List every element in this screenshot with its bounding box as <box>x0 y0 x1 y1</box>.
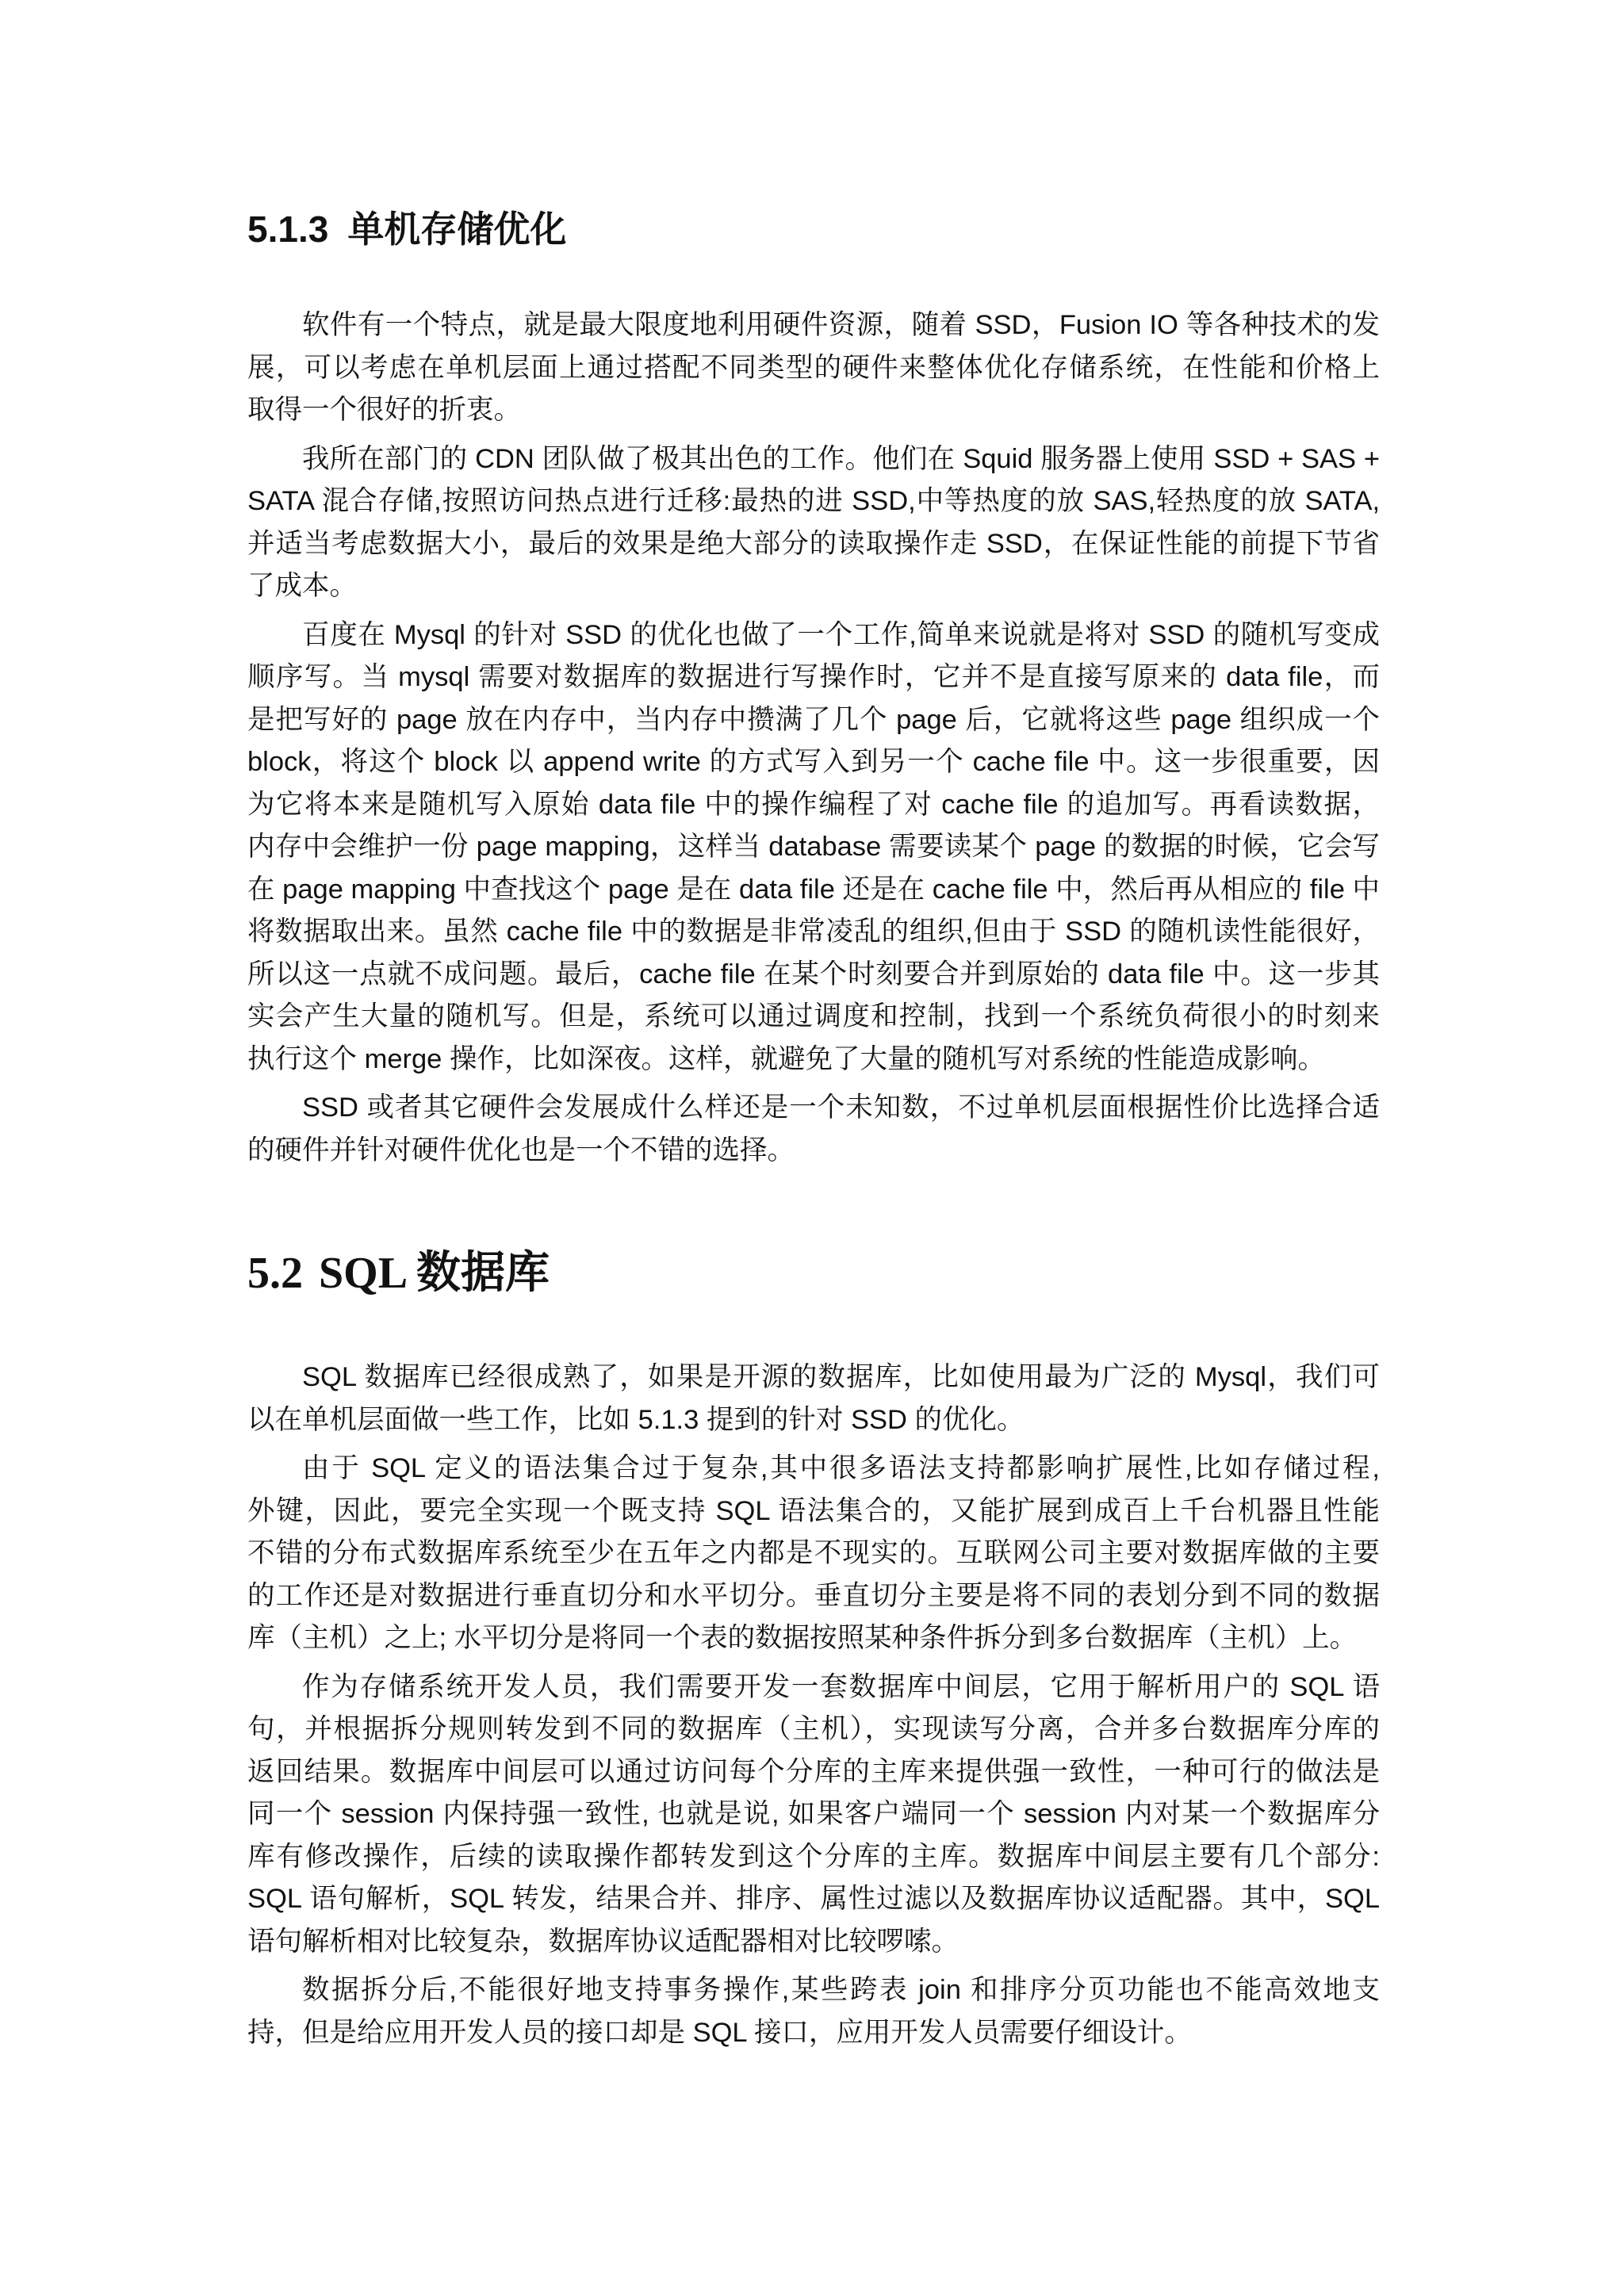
section-title: SQL 数据库 <box>319 1249 550 1298</box>
latin-text-run: ; <box>439 1623 454 1653</box>
section-number: 5.1.3 <box>247 209 328 250</box>
latin-text-run: SSD <box>1057 916 1129 947</box>
text-line: 语句解析相对比较复杂，数据库协议适配器相对比较啰嗦。 <box>247 1921 1380 1964</box>
paragraph: 作为存储系统开发人员，我们需要开发一套数据库中间层，它用于解析用户的 SQL 语… <box>247 1667 1380 1964</box>
text-line: 执行这个 merge 操作，比如深夜。这样，就避免了大量的随机写对系统的性能造成… <box>247 1039 1380 1081</box>
latin-text-run: SSD <box>967 310 1032 340</box>
latin-text-run: file <box>1302 874 1352 905</box>
latin-text-run: SATA, <box>1297 486 1380 516</box>
text-line: SQL 语句解析，SQL 转发，结果合并、排序、属性过滤以及数据库协议适配器。其… <box>247 1878 1380 1921</box>
latin-text-run: SQL <box>1325 1884 1380 1914</box>
latin-text-run: page mapping <box>469 832 650 862</box>
latin-text-run: , <box>909 620 917 650</box>
latin-text-run: SQL <box>302 1362 365 1392</box>
latin-text-run: SSD <box>557 620 630 650</box>
text-line: 我所在部门的 CDN 团队做了极其出色的工作。他们在 Squid 服务器上使用 … <box>247 438 1380 481</box>
text-line: SQL 数据库已经很成熟了，如果是开源的数据库，比如使用最为广泛的 Mysql，… <box>247 1357 1380 1399</box>
latin-text-run: SSD + SAS + <box>1206 444 1380 474</box>
section-heading-5-2: 5.2SQL 数据库 <box>247 1249 550 1299</box>
text-line: 取得一个很好的折衷。 <box>247 389 1380 432</box>
latin-text-run: CDN <box>467 444 542 474</box>
paragraph: 由于 SQL 定义的语法集合过于复杂,其中很多语法支持都影响扩展性,比如存储过程… <box>247 1448 1380 1660</box>
section-heading-5-1-3: 5.1.3单机存储优化 <box>247 209 566 250</box>
latin-text-run: cache file <box>925 874 1055 905</box>
latin-text-run: SSD <box>302 1093 367 1123</box>
latin-text-run: merge <box>357 1044 450 1074</box>
text-line: 由于 SQL 定义的语法集合过于复杂,其中很多语法支持都影响扩展性,比如存储过程… <box>247 1448 1380 1490</box>
text-line: 内存中会维护一份 page mapping，这样当 database 需要读某个… <box>247 826 1380 869</box>
text-line: 的工作还是对数据进行垂直切分和水平切分。垂直切分主要是将不同的表划分到不同的数据 <box>247 1575 1380 1618</box>
latin-text-run: SQL <box>362 1453 435 1483</box>
latin-text-run: SATA <box>247 486 322 516</box>
latin-text-run: Mysql <box>386 620 474 650</box>
latin-text-run: SQL <box>685 2018 754 2048</box>
text-line: 并适当考虑数据大小，最后的效果是绝大部分的读取操作走 SSD，在保证性能的前提下… <box>247 523 1380 566</box>
latin-text-run: mysql <box>389 662 478 692</box>
text-line: 了成本。 <box>247 565 1380 608</box>
latin-text-run: , <box>449 1975 457 2005</box>
text-line: 将数据取出来。虽然 cache file 中的数据是非常凌乱的组织,但由于 SS… <box>247 911 1380 954</box>
latin-text-run: : <box>723 486 731 516</box>
latin-text-run: Mysql <box>1186 1362 1266 1392</box>
latin-text-run: SSD <box>843 1405 914 1435</box>
latin-text-run: SSD, <box>844 486 916 516</box>
latin-text-run: page <box>388 705 465 735</box>
text-line: 库（主机）之上; 水平切分是将同一个表的数据按照某种条件拆分到多台数据库（主机）… <box>247 1617 1380 1660</box>
text-line: SSD 或者其它硬件会发展成什么样还是一个未知数，不过单机层面根据性价比选择合适 <box>247 1087 1380 1130</box>
text-line: 实会产生大量的随机写。但是，系统可以通过调度和控制，找到一个系统负荷很小的时刻来 <box>247 996 1380 1039</box>
paragraph: 我所在部门的 CDN 团队做了极其出色的工作。他们在 Squid 服务器上使用 … <box>247 438 1380 608</box>
text-line: 所以这一点就不成问题。最后，cache file 在某个时刻要合并到原始的 da… <box>247 954 1380 997</box>
latin-text-run: SQL <box>450 1884 511 1914</box>
section-5-1-3-body: 软件有一个特点，就是最大限度地利用硬件资源，随着 SSD，Fusion IO 等… <box>247 304 1380 1178</box>
text-line: 是把写好的 page 放在内存中，当内存中攒满了几个 page 后，它就将这些 … <box>247 699 1380 742</box>
paragraph: 软件有一个特点，就是最大限度地利用硬件资源，随着 SSD，Fusion IO 等… <box>247 304 1380 432</box>
text-line: 为它将本来是随机写入原始 data file 中的操作编程了对 cache fi… <box>247 784 1380 827</box>
latin-text-run: 5.1.3 <box>630 1405 707 1435</box>
text-line: 顺序写。当 mysql 需要对数据库的数据进行写操作时，它并不是直接写原来的 d… <box>247 656 1380 699</box>
text-line: 展，可以考虑在单机层面上通过搭配不同类型的硬件来整体优化存储系统，在性能和价格上 <box>247 347 1380 390</box>
latin-text-run: SSD <box>978 529 1042 559</box>
latin-text-run: page mapping <box>275 874 464 905</box>
latin-text-run: , <box>1372 1453 1380 1483</box>
latin-text-run: SAS, <box>1085 486 1155 516</box>
latin-text-run: , <box>760 1453 768 1483</box>
latin-text-run: page <box>1027 832 1104 862</box>
latin-text-run: cache file <box>964 747 1098 777</box>
latin-text-run: block <box>426 747 507 777</box>
latin-text-run: cache file <box>498 916 630 947</box>
latin-text-run: block <box>247 747 312 777</box>
text-line: 句，并根据拆分规则转发到不同的数据库（主机），实现读写分离，合并多台数据库分库的 <box>247 1709 1380 1751</box>
text-line: block，将这个 block 以 append write 的方式写入到另一个… <box>247 741 1380 784</box>
paragraph: SQL 数据库已经很成熟了，如果是开源的数据库，比如使用最为广泛的 Mysql，… <box>247 1357 1380 1441</box>
latin-text-run: page <box>1162 705 1240 735</box>
text-line: SATA 混合存储,按照访问热点进行迁移:最热的进 SSD,中等热度的放 SAS… <box>247 480 1380 523</box>
text-line: 库有修改操作，后续的读取操作都转发到这个分库的主库。数据库中间层主要有几个部分: <box>247 1836 1380 1879</box>
latin-text-run: SQL <box>1281 1672 1353 1702</box>
latin-text-run: SSD <box>1140 620 1213 650</box>
latin-text-run: data file <box>1217 662 1323 692</box>
latin-text-run: , <box>1185 1453 1193 1483</box>
document-page: 5.1.3单机存储优化 软件有一个特点，就是最大限度地利用硬件资源，随着 SSD… <box>0 0 1624 2296</box>
latin-text-run: SQL <box>247 1884 309 1914</box>
latin-text-run: SQL <box>707 1496 778 1526</box>
latin-text-run: session <box>1015 1799 1125 1829</box>
latin-text-run: page <box>888 705 966 735</box>
latin-text-run: , <box>782 1975 790 2005</box>
latin-text-run: data file <box>731 874 842 905</box>
latin-text-run: Squid <box>955 444 1040 474</box>
text-line: 以在单机层面做一些工作，比如 5.1.3 提到的针对 SSD 的优化。 <box>247 1399 1380 1442</box>
latin-text-run: : <box>1372 1842 1380 1872</box>
latin-text-run: append write <box>534 747 709 777</box>
text-line: 数据拆分后,不能很好地支持事务操作,某些跨表 join 和排序分页功能也不能高效… <box>247 1969 1380 2012</box>
paragraph: SSD 或者其它硬件会发展成什么样还是一个未知数，不过单机层面根据性价比选择合适… <box>247 1087 1380 1172</box>
latin-text-run: , <box>965 916 973 947</box>
text-line: 作为存储系统开发人员，我们需要开发一套数据库中间层，它用于解析用户的 SQL 语 <box>247 1667 1380 1709</box>
text-line: 不错的分布式数据库系统至少在五年之内都是不现实的。互联网公司主要对数据库做的主要 <box>247 1533 1380 1575</box>
text-line: 在 page mapping 中查找这个 page 是在 data file 还… <box>247 869 1380 912</box>
section-number: 5.2 <box>247 1249 303 1298</box>
latin-text-run: cache file <box>933 790 1067 820</box>
latin-text-run: , <box>642 1799 658 1829</box>
latin-text-run: page <box>600 874 676 905</box>
latin-text-run: , <box>434 486 442 516</box>
latin-text-run: join <box>909 1975 971 2005</box>
latin-text-run: data file <box>590 790 704 820</box>
text-line: 的硬件并针对硬件优化也是一个不错的选择。 <box>247 1130 1380 1173</box>
section-5-2-body: SQL 数据库已经很成熟了，如果是开源的数据库，比如使用最为广泛的 Mysql，… <box>247 1357 1380 2061</box>
paragraph: 数据拆分后,不能很好地支持事务操作,某些跨表 join 和排序分页功能也不能高效… <box>247 1969 1380 2054</box>
section-title: 单机存储优化 <box>347 209 566 250</box>
latin-text-run: cache file <box>639 959 764 989</box>
text-line: 持，但是给应用开发人员的接口却是 SQL 接口，应用开发人员需要仔细设计。 <box>247 2012 1380 2055</box>
text-line: 百度在 Mysql 的针对 SSD 的优化也做了一个工作,简单来说就是将对 SS… <box>247 614 1380 657</box>
text-line: 同一个 session 内保持强一致性, 也就是说, 如果客户端同一个 sess… <box>247 1793 1380 1836</box>
paragraph: 百度在 Mysql 的针对 SSD 的优化也做了一个工作,简单来说就是将对 SS… <box>247 614 1380 1081</box>
text-line: 外键，因此，要完全实现一个既支持 SQL 语法集合的，又能扩展到成百上千台机器且… <box>247 1490 1380 1533</box>
latin-text-run: , <box>772 1799 788 1829</box>
latin-text-run: session <box>333 1799 443 1829</box>
text-line: 返回结果。数据库中间层可以通过访问每个分库的主库来提供强一致性，一种可行的做法是 <box>247 1751 1380 1794</box>
latin-text-run: database <box>760 832 889 862</box>
text-line: 软件有一个特点，就是最大限度地利用硬件资源，随着 SSD，Fusion IO 等… <box>247 304 1380 347</box>
latin-text-run: Fusion IO <box>1059 310 1186 340</box>
latin-text-run: data file <box>1100 959 1212 989</box>
